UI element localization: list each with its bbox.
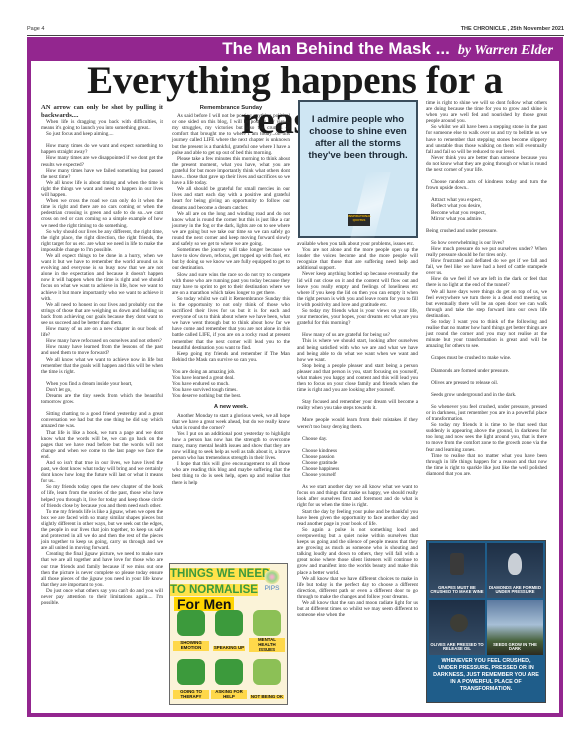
subheading-remembrance: Remembrance Sunday [172,105,290,111]
paragraph: Stay focused and remember your dream wil… [297,399,418,411]
transformation-panel: OLIVES ARE PRESSED TO RELEASE OIL [429,600,485,655]
paragraph: As said before I will not be posting any… [172,113,290,156]
transformation-panel: GRAPES MUST BE CRUSHED TO MAKE WINE [429,543,485,598]
affirmation: You deserve nothing but the best. [172,393,290,399]
paragraph: So why should our lives be any different… [41,229,163,253]
article-column-3: available when you talk about your probl… [297,241,418,618]
thumbs-down-icon [253,659,281,685]
paragraph: So today whilst we call it Remembrance S… [172,296,290,351]
quote-text: I admire people who choose to shine even… [300,114,416,162]
paragraph: Diamonds are formed under pressure. [426,368,547,374]
paragraph: That life is like a book, we turn a page… [41,430,163,460]
byline: by Warren Elder [458,43,553,58]
paragraph: We all have days were things do get on t… [426,289,547,319]
paragraph: I hope that this will give encouragement… [172,461,290,485]
paragraph: Being crushed and under pressure. [426,228,547,234]
quote-graphic: I admire people who choose to shine even… [298,100,418,238]
paragraph: How many times have we failed something … [41,168,163,180]
column-banner: The Man Behind the Mask ... by Warren El… [27,37,563,61]
paragraph: How many times do we want and expect som… [41,143,163,155]
paragraph: We all know life is about timing and whe… [41,180,163,198]
poster-grid: SHOWING EMOTION SPEAKING UP MENTAL HEALT… [173,610,285,703]
page-number: Page 4 [27,26,44,32]
paragraph: So today my friends what is your views o… [297,308,418,326]
paragraph: Never think you are better than someone … [426,155,547,173]
transformation-poster: GRAPES MUST BE CRUSHED TO MAKE WINE DIAM… [426,540,546,703]
page-header: Page 4 THE CHRONICLE , 25th November 202… [27,25,564,36]
poster-item: GOING TO THERAPY [173,659,209,703]
paragraph: Do just once what others say you can't d… [41,588,163,606]
lead-paragraph: AN arrow can only be shot by pulling it … [41,104,163,119]
paragraph: Start the day by feeling your pulse and … [297,509,418,527]
paragraph: So today I want you to think of the foll… [426,319,547,349]
poster-item: MENTAL HEALTH ISSUES [249,610,285,656]
brain-icon [253,610,281,636]
pips-logo: PIPS [261,570,283,592]
diamond-icon [508,553,522,575]
transformation-grid: GRAPES MUST BE CRUSHED TO MAKE WINE DIAM… [429,543,543,655]
paragraph: Choose random acts of kindness today and… [426,179,547,191]
paragraph: When we cross the road we can only do it… [41,198,163,228]
paragraph: This is where we should start, looking a… [297,338,418,362]
poster-item: SPEAKING UP [211,610,247,656]
paragraph: Slow and sure wins the race so do not tr… [172,272,290,296]
choice-item: Choose yourself [297,472,418,478]
paragraph: So whenever you feel crushed, under pres… [426,404,547,422]
poster-item: NOT BEING OK [249,659,285,703]
inspirational-quotes-logo: INSPIRATIONAL QUOTES [348,214,370,226]
paragraph: When life is dragging you back with diff… [41,119,163,131]
subheading-new-week: A new week. [172,404,290,410]
light-ray-decoration [349,172,390,242]
paragraph: How much pressure do we put ourselves un… [426,246,547,258]
tree-icon [264,570,280,584]
poster-item: SHOWING EMOTION [173,610,209,656]
article-column-1: AN arrow can only be shot by pulling it … [41,104,163,606]
paragraph: Sometimes the journey will take longer b… [172,247,290,271]
hands-icon [215,659,243,685]
paragraph: Yes I put on an additional post yesterda… [172,431,290,461]
paragraph: How frustrated and deflated do we get if… [426,258,547,276]
paragraph: Creating the final jigsaw picture, we ne… [41,551,163,588]
paragraph: Never keep anything bottled up because e… [297,271,418,308]
paragraph: We all are on the long and winding road … [172,211,290,248]
paragraph: How do we feel if we are left in the dar… [426,276,547,288]
poster-title-line-3: For Men [174,597,234,611]
paragraph: Please take a few minutes this morning t… [172,156,290,186]
paragraph: Dreams are the tiny seeds from which the… [41,393,163,405]
paragraph: Grapes must be crushed to make wine. [426,355,547,361]
paragraph: How many times are we disappointed if we… [41,155,163,167]
article-column-4: time is right to shine we will so dont f… [426,100,547,477]
column-title: The Man Behind the Mask ... [222,39,450,58]
transformation-panel: SEEDS GROW IN THE DARK [487,600,543,655]
heart-hand-icon [177,610,205,636]
therapy-icon [177,659,205,685]
publication-date: THE CHRONICLE , 25th November 2021 [461,26,564,32]
paragraph: We all know that we have different choic… [297,576,418,600]
paragraph: So just focus and keep aiming.... [41,131,163,137]
poster-item: ASKING FOR HELP [211,659,247,703]
paragraph: How many of us are on a new chapter in o… [41,326,163,338]
paragraph: We all expect things to be done in a hur… [41,253,163,302]
paragraph: So today my friends it is time to be tha… [426,422,547,452]
paragraph: Time to realise that no matter what you … [426,453,547,477]
paragraph: We all need to honest in our lives and p… [41,302,163,326]
paragraph: Stop being a people pleaser and start be… [297,363,418,393]
megaphone-icon [215,610,243,636]
paragraph: And so isn't that true in our lives, we … [41,460,163,484]
normalise-poster: THINGS WE NEED TO NORMALISE For Men PIPS… [169,563,288,705]
paragraph: How many have learned from the lessons o… [41,344,163,356]
paragraph: So whilst we all have been a stepping st… [426,124,547,154]
paragraph: We all know what we want to achieve now … [41,357,163,375]
paragraph: So again a pulse is not something loud a… [297,527,418,576]
paragraph: As we start another day we all know what… [297,484,418,508]
paragraph: time is right to shine we will so dont f… [426,100,547,124]
wine-press-icon [450,553,464,575]
paragraph: Another Monday to start a glorious week,… [172,413,290,431]
paragraph: More people would learn from their mista… [297,417,418,429]
paragraph: Seeds grow underground and in the dark. [426,392,547,398]
paragraph: We all know that the sun and moon radiat… [297,600,418,618]
paragraph: Sitting chatting to a good friend yester… [41,411,163,429]
paragraph: So my friends today open the new chapter… [41,484,163,508]
paragraph: Choose day. [297,436,418,442]
paragraph: Olives are pressed to release oil. [426,380,547,386]
paragraph: Keep going my friends and remember if Th… [172,351,290,363]
paragraph: We all should be grateful for small merc… [172,186,290,210]
transformation-panel: DIAMONDS ARE FORMED UNDER PRESSURE [487,543,543,598]
paragraph: You are not alone and the more people op… [297,247,418,271]
transformation-message: WHENEVER YOU FEEL CRUSHED, UNDER PRESSUR… [427,658,545,693]
paragraph: To me my friends life is like a jigsaw, … [41,509,163,552]
olive-press-icon [450,614,468,632]
article-column-2: Remembrance Sunday As said before I will… [172,103,290,486]
paragraph: Mirror what you admire. [426,216,547,222]
